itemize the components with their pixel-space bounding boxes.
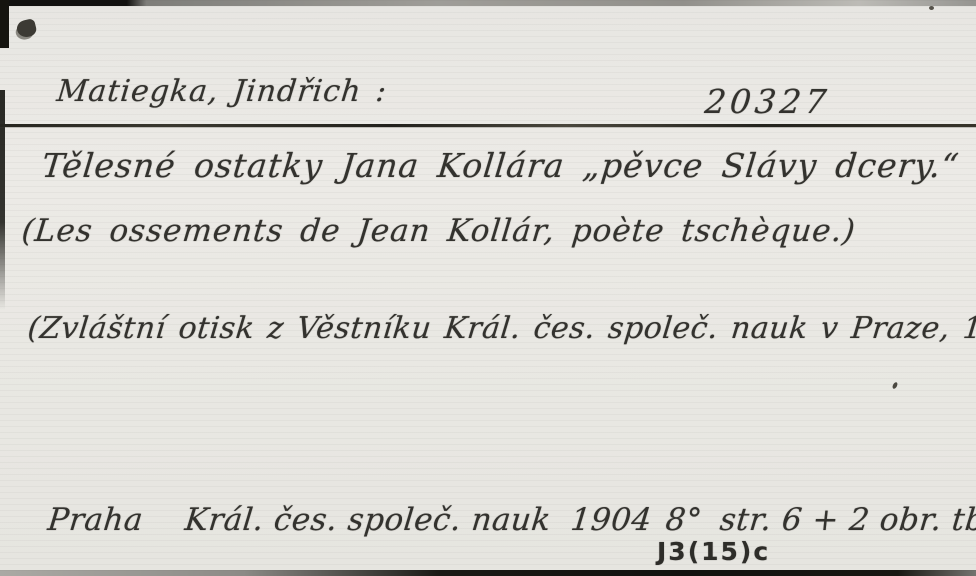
author-heading: Matiegka, Jindřich : — [55, 74, 389, 109]
shelf-number: 20327 — [703, 82, 832, 121]
offprint-note-line: (Zvláštní otisk z Věstníku Král. čes. sp… — [26, 311, 976, 346]
scan-edge-left — [0, 90, 5, 310]
imprint-collation: str. 6 + 2 obr. tb. — [718, 502, 976, 538]
scan-edge-top-left — [0, 0, 9, 48]
ink-blot — [15, 18, 38, 39]
scan-edge-top — [0, 0, 976, 6]
imprint-year: 1904 — [569, 502, 654, 538]
ink-speck — [929, 6, 934, 10]
title-line: Tělesné ostatky Jana Kollára „pěvce Sláv… — [40, 146, 961, 185]
imprint-publisher: Král. čes. společ. nauk — [183, 502, 553, 538]
scan-edge-bottom — [0, 570, 976, 576]
imprint-line: PrahaKrál. čes. společ. nauk19048°str. 6… — [46, 502, 976, 538]
call-number: J3(15)c — [657, 537, 770, 566]
parallel-title-line: (Les ossements de Jean Kollár, poète tsc… — [20, 213, 858, 249]
imprint-place: Praha — [46, 502, 145, 538]
imprint-format: 8° — [664, 502, 704, 538]
header-rule — [0, 124, 976, 127]
catalog-card: Matiegka, Jindřich : 20327 Tělesné ostat… — [0, 0, 976, 576]
ink-speck — [892, 381, 899, 389]
